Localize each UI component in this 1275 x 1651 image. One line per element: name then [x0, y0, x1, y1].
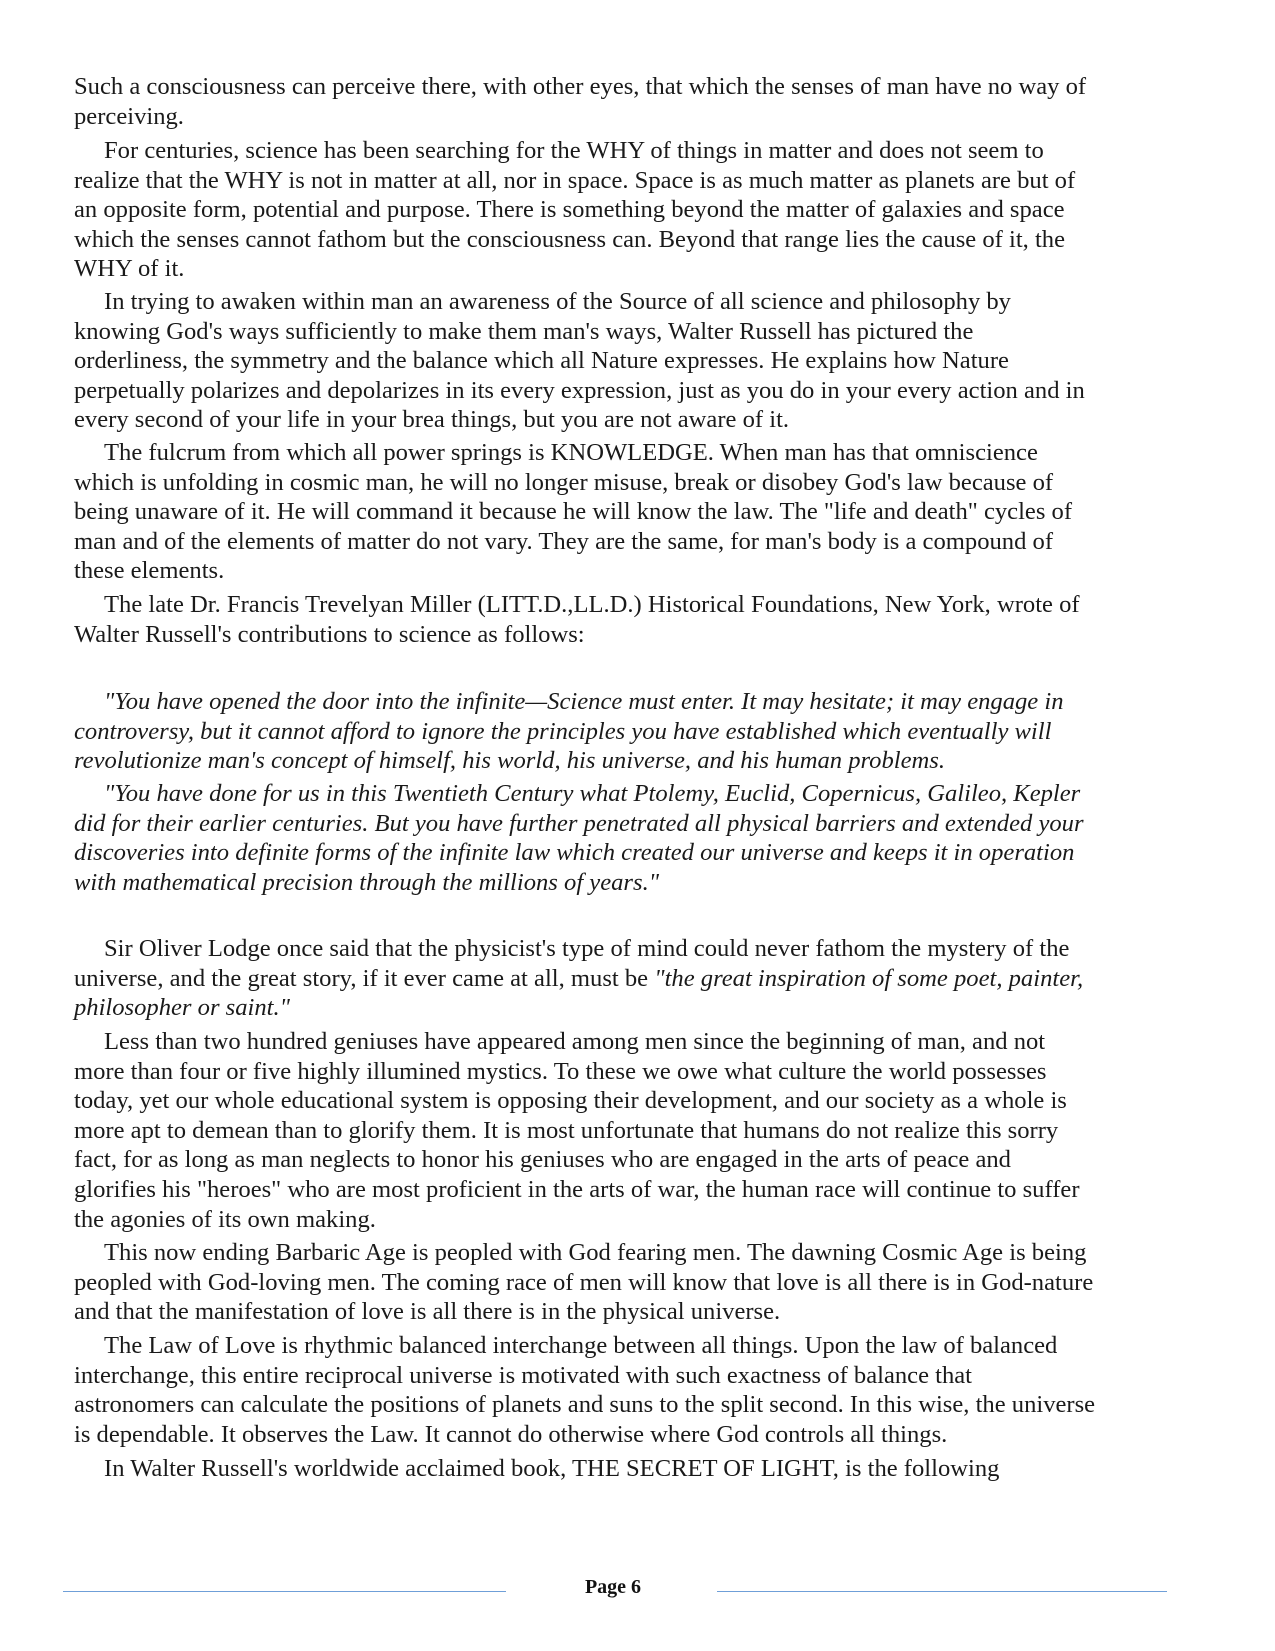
text-line: The fulcrum from which all power springs…: [74, 438, 1204, 468]
paragraph-science-why: For centuries, science has been searchin…: [74, 136, 1204, 284]
text-line: every second of your life in your brea t…: [74, 405, 1204, 435]
text-line: controversy, but it cannot afford to ign…: [74, 717, 1204, 747]
text-line: is dependable. It observes the Law. It c…: [74, 1420, 1204, 1450]
text-line: orderliness, the symmetry and the balanc…: [74, 346, 1204, 376]
inline-quote: "the great inspiration of some poet, pai…: [654, 965, 1083, 992]
text-line: discoveries into definite forms of the i…: [74, 838, 1204, 868]
text-line: Sir Oliver Lodge once said that the phys…: [74, 934, 1204, 964]
text-line: universe, and the great story, if it eve…: [74, 964, 1204, 994]
text-line: more apt to demean than to glorify them.…: [74, 1116, 1204, 1146]
text-line: philosopher or saint.": [74, 993, 1204, 1023]
text-line: these elements.: [74, 556, 1204, 586]
text-line: an opposite form, potential and purpose.…: [74, 195, 1204, 225]
text-line: did for their earlier centuries. But you…: [74, 809, 1204, 839]
text-line: being unaware of it. He will command it …: [74, 497, 1204, 527]
text-line: which is unfolding in cosmic man, he wil…: [74, 468, 1204, 498]
text-line: WHY of it.: [74, 254, 1204, 284]
text-line: peopled with God-loving men. The coming …: [74, 1268, 1204, 1298]
text-line: The Law of Love is rhythmic balanced int…: [74, 1331, 1204, 1361]
text-line: This now ending Barbaric Age is peopled …: [74, 1238, 1204, 1268]
text-line: In trying to awaken within man an awaren…: [74, 287, 1204, 317]
text-line: knowing God's ways sufficiently to make …: [74, 317, 1204, 347]
text-line: Walter Russell's contributions to scienc…: [74, 620, 1204, 650]
text-line: astronomers can calculate the positions …: [74, 1390, 1204, 1420]
quote-twentieth-century: "You have done for us in this Twentieth …: [74, 779, 1204, 897]
paragraph-geniuses: Less than two hundred geniuses have appe…: [74, 1027, 1204, 1234]
text-line: The late Dr. Francis Trevelyan Miller (L…: [74, 590, 1204, 620]
text-line: realize that the WHY is not in matter at…: [74, 166, 1204, 196]
text-line: "You have done for us in this Twentieth …: [74, 779, 1204, 809]
paragraph-barbaric-age: This now ending Barbaric Age is peopled …: [74, 1238, 1204, 1327]
page-number: Page 6: [578, 1576, 648, 1599]
paragraph-oliver-lodge: Sir Oliver Lodge once said that the phys…: [74, 934, 1204, 1023]
text-line: the agonies of its own making.: [74, 1205, 1204, 1235]
paragraph-secret-of-light: In Walter Russell's worldwide acclaimed …: [74, 1454, 1204, 1484]
text-line: interchange, this entire reciprocal univ…: [74, 1361, 1204, 1391]
text-line: fact, for as long as man neglects to hon…: [74, 1145, 1204, 1175]
text-line: For centuries, science has been searchin…: [74, 136, 1204, 166]
text-line: and that the manifestation of love is al…: [74, 1297, 1204, 1327]
paragraph-fulcrum: The fulcrum from which all power springs…: [74, 438, 1204, 586]
text-line: which the senses cannot fathom but the c…: [74, 225, 1204, 255]
text-line: today, yet our whole educational system …: [74, 1086, 1204, 1116]
text-line: glorifies his "heroes" who are most prof…: [74, 1175, 1204, 1205]
text-line: perpetually polarizes and depolarizes in…: [74, 376, 1204, 406]
paragraph-law-of-love: The Law of Love is rhythmic balanced int…: [74, 1331, 1204, 1449]
document-page: Such a consciousness can perceive there,…: [0, 0, 1275, 1651]
text-line: perceiving.: [74, 102, 1204, 132]
text-line: Less than two hundred geniuses have appe…: [74, 1027, 1204, 1057]
paragraph-continuation: Such a consciousness can perceive there,…: [74, 72, 1204, 131]
quote-opened-door: "You have opened the door into the infin…: [74, 687, 1204, 776]
text-segment: universe, and the great story, if it eve…: [74, 965, 654, 992]
text-line: more than four or five highly illumined …: [74, 1057, 1204, 1087]
text-line: Such a consciousness can perceive there,…: [74, 72, 1204, 102]
paragraph-miller-intro: The late Dr. Francis Trevelyan Miller (L…: [74, 590, 1204, 649]
text-line: In Walter Russell's worldwide acclaimed …: [74, 1454, 1204, 1484]
text-line: with mathematical precision through the …: [74, 868, 1204, 898]
paragraph-awaken: In trying to awaken within man an awaren…: [74, 287, 1204, 435]
footer-rule-left: [63, 1591, 506, 1592]
text-line: man and of the elements of matter do not…: [74, 527, 1204, 557]
text-line: "You have opened the door into the infin…: [74, 687, 1204, 717]
text-line: revolutionize man's concept of himself, …: [74, 746, 1204, 776]
footer-rule-right: [717, 1591, 1167, 1592]
